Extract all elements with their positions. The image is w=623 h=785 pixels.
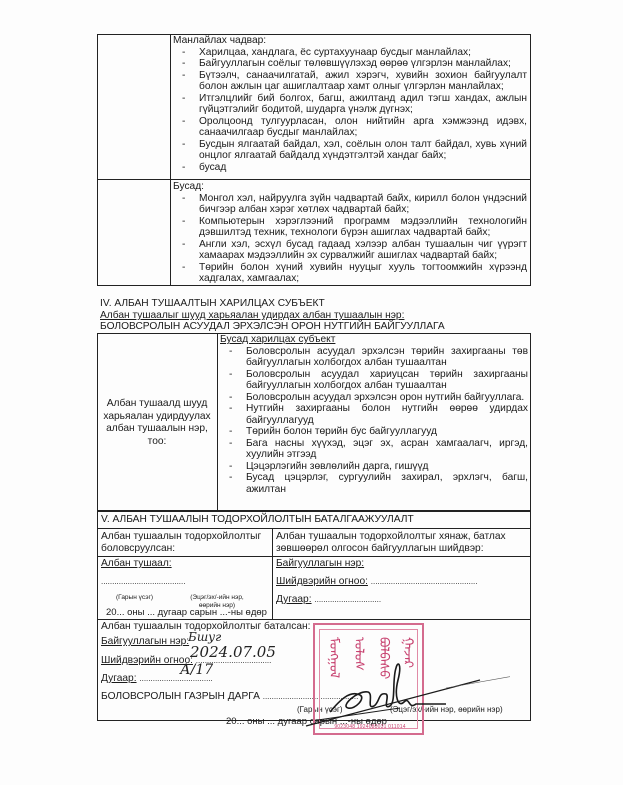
list-item: Бусад цэцэрлэг, сургуулийн захирал, эрхл… (220, 472, 528, 495)
list-item: Төрийн болон хүний хувийн нууцыг хууль т… (173, 262, 527, 285)
approved-org-value: Бшуг (188, 630, 221, 644)
org-name-label: Байгууллагын нэр: (276, 558, 364, 570)
competency-row-separator (97, 179, 531, 180)
position-dots: ...................................... (101, 576, 185, 588)
number-dots: .............................. (314, 595, 381, 604)
list-item: Бусдын ялгаатай байдал, хэл, соёлын олон… (173, 139, 527, 162)
list-item: Оролцоонд тулгуурласан, олон нийтийн арг… (173, 116, 527, 139)
leadership-list: Харилцаа, хандлага, ёс суртахуунаар бусд… (173, 47, 527, 174)
approved-number-label: Дугаар: (101, 673, 137, 684)
list-item: Бага насны хүүхэд, эцэг эх, асран хамгаа… (220, 438, 528, 461)
section5-column-divider (272, 528, 273, 619)
section4-title: IV. АЛБАН ТУШААЛТЫН ХАРИЛЦАХ СУБЪЕКТ (100, 298, 325, 310)
director-label: БОЛОВСРОЛЫН ГАЗРЫН ДАРГА (101, 691, 260, 702)
list-item: бусад (173, 162, 527, 174)
list-item: Итгэлцлийг бий болгох, багш, ажилтанд ад… (173, 93, 527, 116)
list-item: Нутгийн захиргааны болон нутгийн өөрөө у… (220, 403, 528, 426)
other-subjects-cell: Бусад харилцах субъект Боловсролын асууд… (220, 334, 528, 495)
supervisor-value: БОЛОВСРОЛЫН АСУУДАЛ ЭРХЭЛСЭН ОРОН НУТГИЙ… (100, 321, 445, 333)
other-title: Бусад: (173, 181, 527, 193)
approved-org-label: Байгууллагын нэр: (101, 636, 189, 648)
list-item: Боловсролын асуудал эрхэлсэн төрийн захи… (220, 346, 528, 369)
prepared-date-line: 20... оны ... дугаар сарын ...-ны өдөр (106, 607, 267, 619)
section5-approval-separator (97, 619, 531, 620)
decision-date-row: Шийдвэрийн огноо: ......................… (276, 576, 477, 588)
position-label: Албан тушаал: (101, 558, 172, 570)
leadership-title: Манлайлах чадвар: (173, 35, 527, 47)
list-item: Монгол хэл, найруулга зүйн чадвартай бай… (173, 193, 527, 216)
number-label: Дугаар: (276, 594, 312, 605)
number-row: Дугаар: .............................. (276, 594, 381, 606)
approved-date-value: 2024.07.05 (190, 643, 276, 661)
list-item: Боловсролын асуудал эрхэлсэн орон нутгий… (220, 392, 528, 404)
section5-title-separator (97, 528, 531, 529)
list-item: Харилцаа, хандлага, ёс суртахуунаар бусд… (173, 47, 527, 59)
prepared-by-label: Албан тушаалын тодорхойлолтыг боловсруул… (101, 531, 269, 555)
subordinate-label: Албан тушаалд шууд харьяалан удирдуулах … (100, 398, 214, 448)
other-subjects-title: Бусад харилцах субъект (220, 334, 528, 346)
document-page: Манлайлах чадвар: Харилцаа, хандлага, ёс… (0, 0, 623, 785)
list-item: Боловсролын асуудал хариуцсан төрийн зах… (220, 369, 528, 392)
list-item: Бүтээлч, санаачилгатай, ажил хэрэгч, хув… (173, 70, 527, 93)
other-subjects-list: Боловсролын асуудал эрхэлсэн төрийн захи… (220, 346, 528, 496)
list-item: Англи хэл, эсхүл бусад гадаад хэлээр алб… (173, 239, 527, 262)
decision-date-label: Шийдвэрийн огноо: (276, 576, 368, 587)
other-cell: Бусад: Монгол хэл, найруулга зүйн чадвар… (173, 181, 527, 285)
list-item: Байгууллагын соёлыг төлөвшүүлэхэд өөрөө … (173, 58, 527, 70)
list-item: Цэцэрлэгийн зөвлөлийн дарга, гишүүд (220, 461, 528, 473)
approved-number-value: А/17 (180, 662, 213, 678)
signature-caption: (Гарын үсэг) (116, 594, 153, 602)
other-list: Монгол хэл, найруулга зүйн чадвартай бай… (173, 193, 527, 285)
approval-header: Албан тушаалын тодорхойлолтыг хянаж, бат… (276, 531, 528, 555)
section4-table-divider (217, 333, 218, 511)
signature-icon (270, 650, 510, 740)
list-item: Төрийн болон төрийн бус байгууллагууд (220, 426, 528, 438)
decision-date-dots: ........................................… (371, 577, 478, 586)
leadership-cell: Манлайлах чадвар: Харилцаа, хандлага, ёс… (173, 35, 527, 173)
section5-title: V. АЛБАН ТУШААЛЫН ТОДОРХОЙЛОЛТЫН БАТАЛГА… (101, 514, 414, 526)
section5-subheader-separator (97, 556, 531, 557)
list-item: Компьютерын хэрэглээний программ мэдээлл… (173, 216, 527, 239)
competency-table-divider (170, 34, 171, 286)
